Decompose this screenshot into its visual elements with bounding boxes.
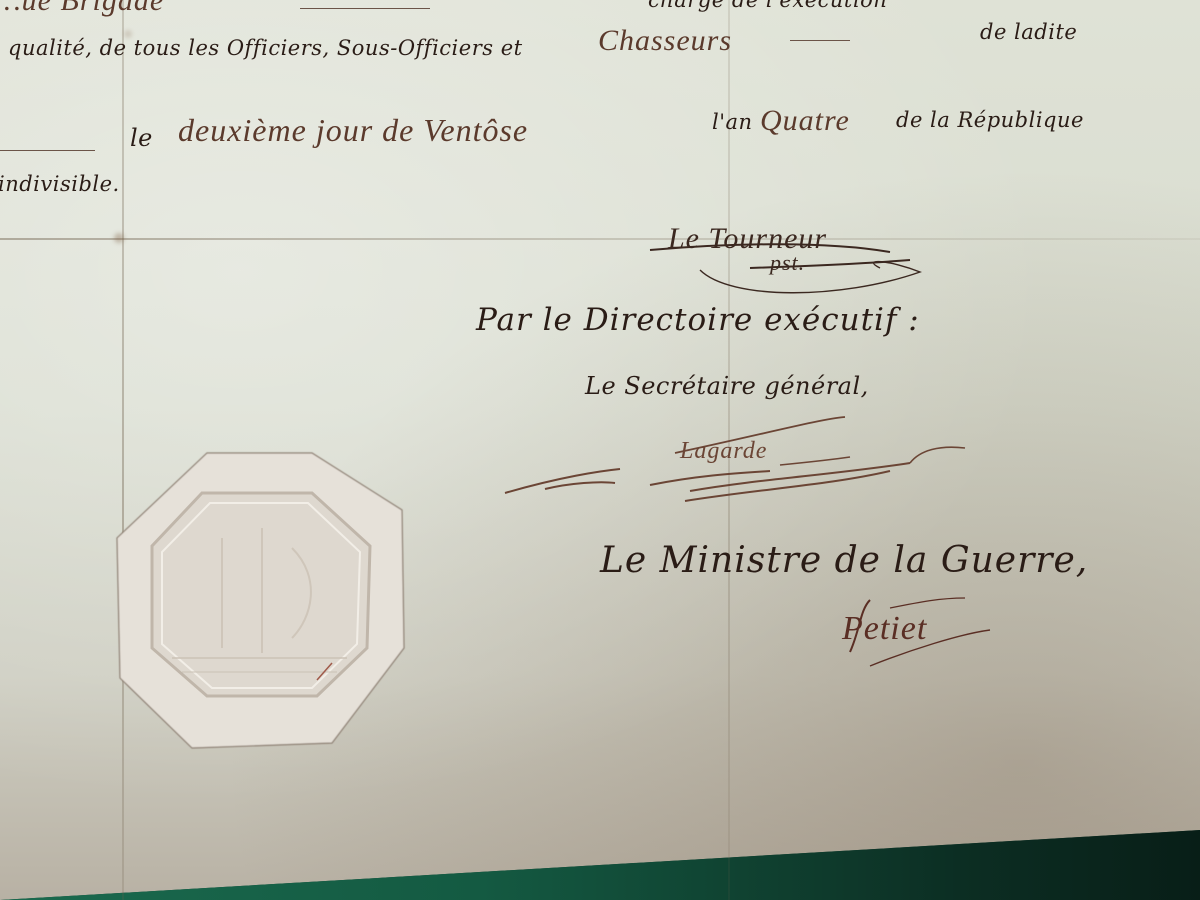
octagon-seal-icon [112,448,407,753]
president-title: pst. [770,250,805,276]
body-line-3-printed: indivisible. [0,172,120,196]
embossed-seal [112,448,407,753]
minister-signature-flourish [830,590,1000,670]
fill-line [0,150,95,151]
fill-line [790,40,850,41]
body-line-2-handwritten-date: deuxième jour de Ventôse [178,112,528,149]
secretary-signature-text: Lagarde [680,438,767,465]
top-fragment-handwritten: …ue Brigade [0,0,164,18]
body-line-1-handwritten-rank: Chasseurs [598,24,732,58]
body-line-2-printed-le: le [130,124,153,152]
body-line-2-printed-lan: l'an [712,110,753,134]
fill-line [300,8,430,9]
body-line-1-printed: qualité, de tous les Officiers, Sous-Off… [8,36,523,60]
fold-line-horizontal [0,238,1200,240]
body-line-1-printed-end: de ladite [980,20,1077,44]
ink-stain [114,233,124,243]
secretary-title: Le Secrétaire général, [585,372,869,400]
directoire-heading: Par le Directoire exécutif : [476,302,920,338]
body-line-2-printed-republique: de la République [896,108,1084,132]
body-line-2-handwritten-year: Quatre [760,104,850,138]
top-fragment-printed: chargé de l'exécution [648,0,887,12]
minister-title: Le Ministre de la Guerre, [600,540,1088,581]
